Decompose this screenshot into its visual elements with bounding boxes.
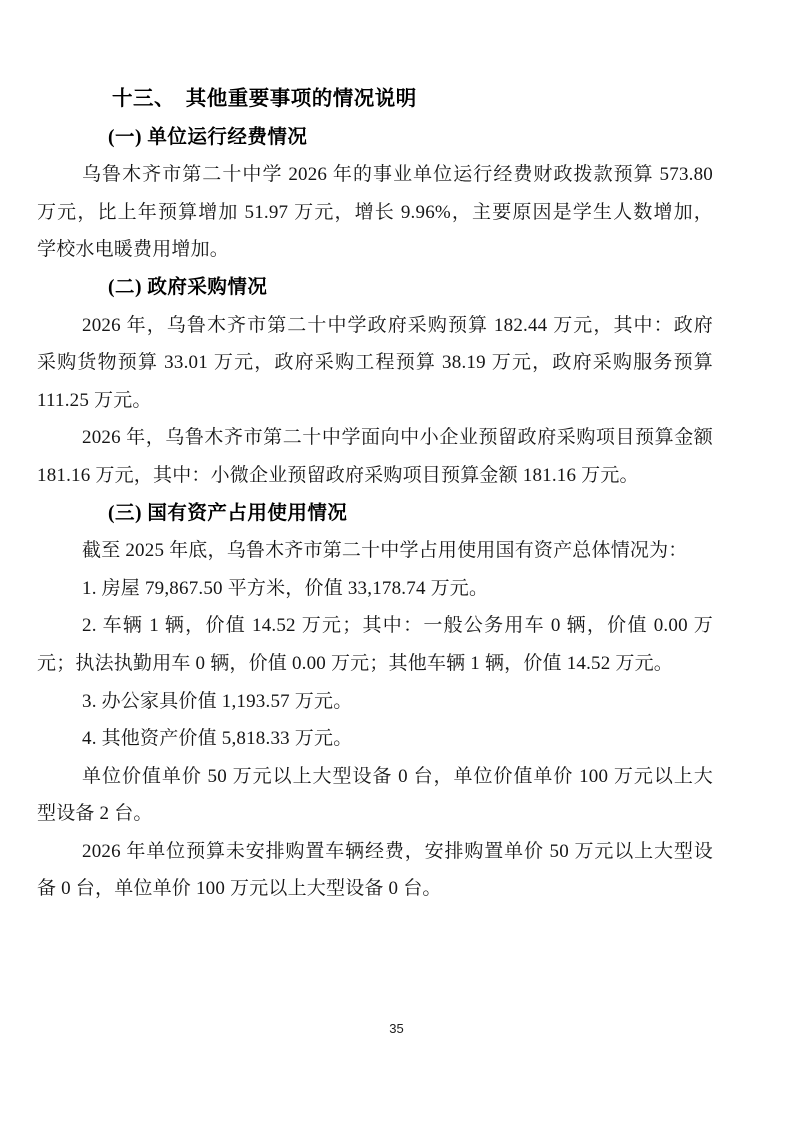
paragraph-line: 3. 办公家具价值 1,193.57 万元。	[37, 683, 713, 721]
document-page: 十三、 其他重要事项的情况说明 (一) 单位运行经费情况 乌鲁木齐市第二十中学 …	[0, 0, 793, 1122]
document-body: 十三、 其他重要事项的情况说明 (一) 单位运行经费情况 乌鲁木齐市第二十中学 …	[37, 81, 713, 908]
section-heading-state-owned-assets: (三) 国有资产占用使用情况	[37, 495, 713, 533]
paragraph-line: 学校水电暖费用增加。	[37, 231, 713, 269]
section-heading-unit-operating-funds: (一) 单位运行经费情况	[37, 119, 713, 157]
paragraph-line: 万元，比上年预算增加 51.97 万元，增长 9.96%，主要原因是学生人数增加…	[37, 194, 713, 232]
paragraph-line: 截至 2025 年底，乌鲁木齐市第二十中学占用使用国有资产总体情况为：	[37, 532, 713, 570]
paragraph-line: 2026 年，乌鲁木齐市第二十中学政府采购预算 182.44 万元，其中：政府	[37, 307, 713, 345]
page-number: 35	[0, 1020, 793, 1038]
paragraph-line: 元；执法执勤用车 0 辆，价值 0.00 万元；其他车辆 1 辆，价值 14.5…	[37, 645, 713, 683]
paragraph-line: 111.25 万元。	[37, 382, 713, 420]
section-heading-government-procurement: (二) 政府采购情况	[37, 269, 713, 307]
paragraph-line: 2026 年，乌鲁木齐市第二十中学面向中小企业预留政府采购项目预算金额	[37, 419, 713, 457]
paragraph-line: 1. 房屋 79,867.50 平方米，价值 33,178.74 万元。	[37, 570, 713, 608]
paragraph-line: 采购货物预算 33.01 万元，政府采购工程预算 38.19 万元，政府采购服务…	[37, 344, 713, 382]
paragraph-line: 备 0 台，单位单价 100 万元以上大型设备 0 台。	[37, 870, 713, 908]
paragraph-line: 乌鲁木齐市第二十中学 2026 年的事业单位运行经费财政拨款预算 573.80	[37, 156, 713, 194]
paragraph-line: 181.16 万元，其中：小微企业预留政府采购项目预算金额 181.16 万元。	[37, 457, 713, 495]
document-title: 十三、 其他重要事项的情况说明	[37, 81, 713, 119]
paragraph-line: 2. 车辆 1 辆，价值 14.52 万元；其中：一般公务用车 0 辆，价值 0…	[37, 607, 713, 645]
paragraph-line: 4. 其他资产价值 5,818.33 万元。	[37, 720, 713, 758]
paragraph-line: 2026 年单位预算未安排购置车辆经费，安排购置单价 50 万元以上大型设	[37, 833, 713, 871]
paragraph-line: 单位价值单价 50 万元以上大型设备 0 台，单位价值单价 100 万元以上大	[37, 758, 713, 796]
paragraph-line: 型设备 2 台。	[37, 795, 713, 833]
